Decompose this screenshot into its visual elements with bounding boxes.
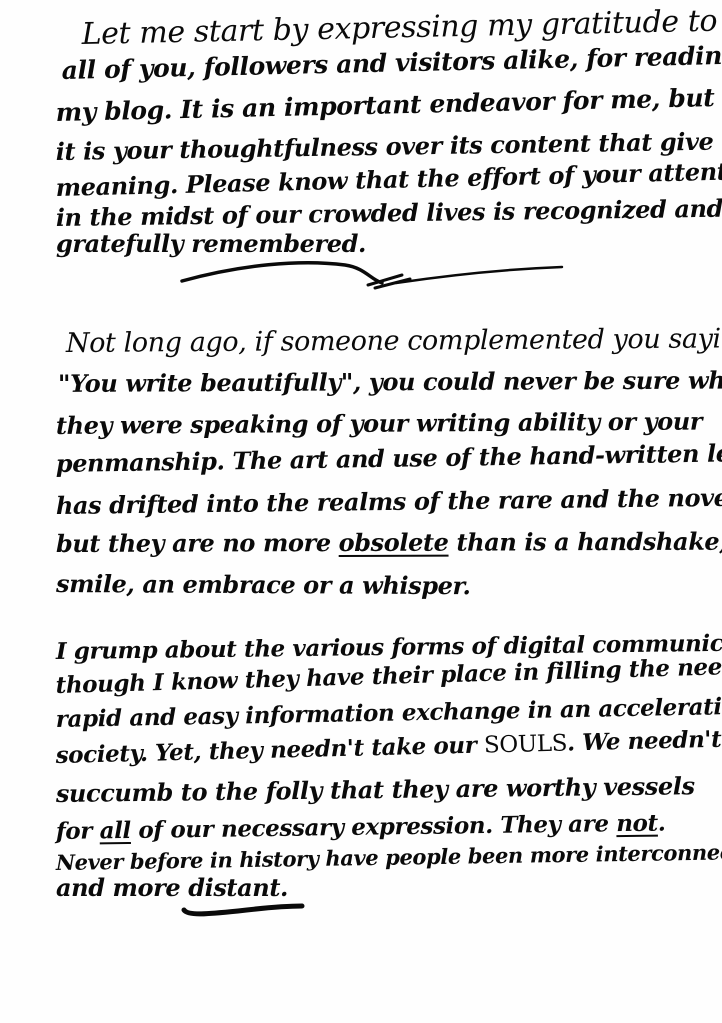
line-fragment: . <box>658 809 666 836</box>
letter-line: for all of our necessary expression. The… <box>56 811 666 843</box>
letter-line: smile, an embrace or a whisper. <box>56 572 471 598</box>
underlined-word-obsolete: obsolete <box>339 528 449 557</box>
letter-line: gratefully remembered. <box>56 232 366 256</box>
line-fragment: for <box>56 817 100 845</box>
underlined-word-not: not <box>616 810 658 838</box>
line-fragment: but they are no more <box>56 528 339 558</box>
letter-line: "You write beautifully", you could never… <box>58 368 722 396</box>
letter-line: in the midst of our crowded lives is rec… <box>56 197 722 230</box>
letter-line: meaning. Please know that the effort of … <box>55 159 722 200</box>
line-fragment: . <box>280 873 288 902</box>
emphasized-word-distant: distant <box>188 873 280 902</box>
letter-line: penmanship. The art and use of the hand-… <box>56 441 722 476</box>
letter-line: Never before in history have people been… <box>56 841 722 873</box>
letter-line: succumb to the folly that they are worth… <box>56 774 695 806</box>
line-fragment: . We needn't <box>567 726 722 757</box>
letter-line: but they are no more obsolete than is a … <box>56 530 722 556</box>
line-fragment: than is a handshake, a <box>448 527 722 557</box>
letter-line: they were speaking of your writing abili… <box>56 409 702 438</box>
section-divider-flourish <box>170 255 570 295</box>
underlined-word-all: all <box>99 817 131 844</box>
letter-line: has drifted into the realms of the rare … <box>56 486 722 518</box>
letter-page: Let me start by expressing my gratitude … <box>0 0 722 1023</box>
letter-line: Not long ago, if someone complemented yo… <box>66 325 722 357</box>
letter-line: society. Yet, they needn't take our SOUL… <box>55 728 721 768</box>
letter-line: rapid and easy information exchange in a… <box>56 695 722 731</box>
line-fragment: and more <box>56 873 188 902</box>
emphasized-word-souls: SOULS <box>484 731 568 759</box>
closing-underline-stroke <box>178 900 308 920</box>
line-fragment: society. Yet, they needn't take our <box>55 732 484 769</box>
letter-line: and more distant. <box>56 876 288 900</box>
line-fragment: of our necessary expression. They are <box>131 810 617 844</box>
letter-line: my blog. It is an important endeavor for… <box>55 85 714 125</box>
